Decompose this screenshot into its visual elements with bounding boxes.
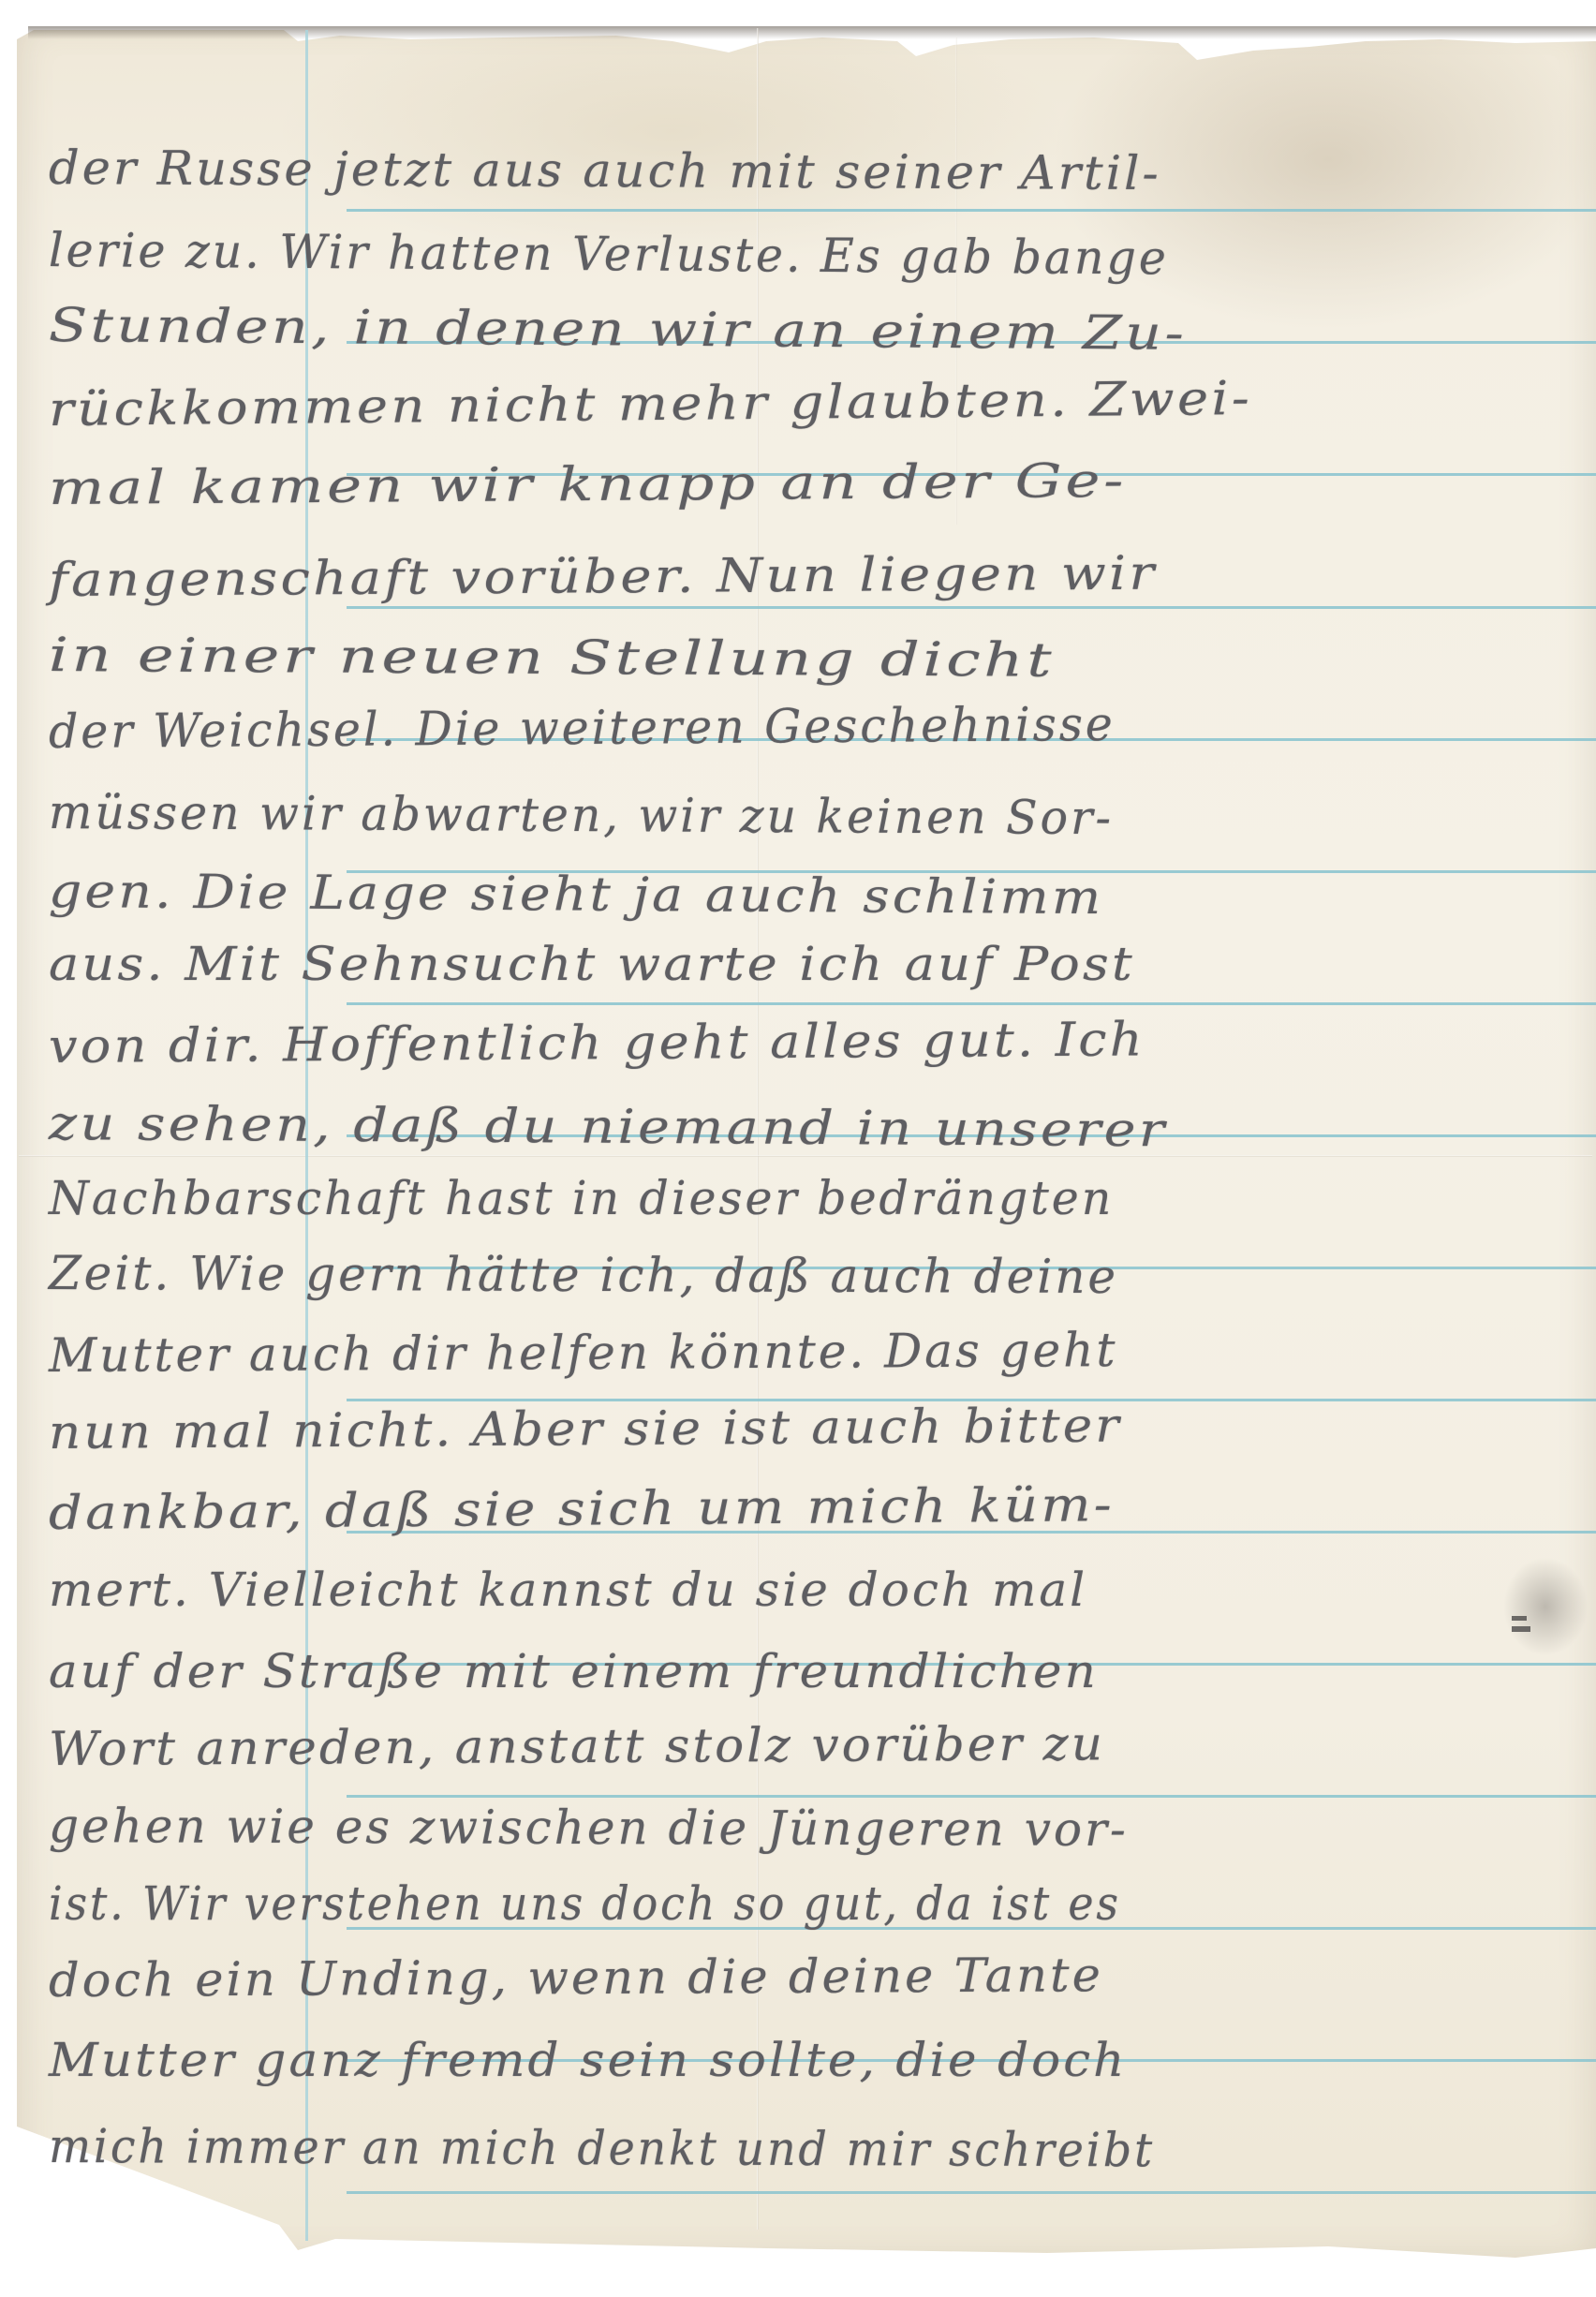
text-line: rückkommen nicht mehr glaubten. Zwei-	[49, 371, 1253, 437]
ruled-line	[347, 1002, 1596, 1005]
text-line: nun mal nicht. Aber sie ist auch bitter	[49, 1398, 1122, 1460]
ruled-line	[347, 606, 1596, 609]
ruled-line	[347, 2191, 1596, 2194]
text-line: der Weichsel. Die weiteren Geschehnisse	[49, 697, 1116, 759]
text-line: aus. Mit Sehnsucht warte ich auf Post	[49, 937, 1135, 991]
text-line: dankbar, daß sie sich um mich küm-	[49, 1477, 1116, 1540]
text-line: Mutter auch dir helfen könnte. Das geht	[49, 1323, 1118, 1383]
ruled-line	[347, 1795, 1596, 1798]
text-line: gen. Die Lage sieht ja auch schlimm	[49, 864, 1104, 925]
text-line: Wort anreden, anstatt stolz vorüber zu	[49, 1716, 1105, 1776]
text-line: Mutter ganz fremd sein sollte, die doch	[49, 2033, 1127, 2087]
paper-fold-horizontal	[19, 1155, 1592, 1157]
text-line: auf der Straße mit einem freundlichen	[49, 1644, 1099, 1698]
text-line: doch ein Unding, wenn die deine Tante	[49, 1948, 1103, 2008]
stain-mark	[1512, 1616, 1532, 1633]
text-line: mert. Vielleicht kannst du sie doch mal	[49, 1563, 1087, 1617]
text-line: zu sehen, daß du niemand in unserer	[49, 1096, 1168, 1157]
text-line: Zeit. Wie gern hätte ich, daß auch deine	[49, 1246, 1118, 1304]
text-line: mich immer an mich denkt und mir schreib…	[49, 2119, 1155, 2177]
text-line: müssen wir abwarten, wir zu keinen Sor-	[49, 785, 1114, 845]
ruled-line	[347, 209, 1596, 212]
text-line: ist. Wir verstehen uns doch so gut, da i…	[49, 1876, 1121, 1931]
text-line: gehen wie es zwischen die Jüngeren vor-	[49, 1799, 1129, 1857]
text-line: in einer neuen Stellung dicht	[49, 628, 1056, 688]
text-line: Stunden, in denen wir an einem Zu-	[49, 298, 1188, 361]
text-line: der Russe jetzt aus auch mit seiner Arti…	[49, 141, 1161, 200]
text-line: von dir. Hoffentlich geht alles gut. Ich	[49, 1012, 1145, 1074]
text-line: lerie zu. Wir hatten Verluste. Es gab ba…	[49, 223, 1169, 286]
text-line: mal kamen wir knapp an der Ge-	[49, 453, 1128, 515]
text-line: fangenschaft vorüber. Nun liegen wir	[49, 546, 1158, 607]
text-line: Nachbarschaft hast in dieser bedrängten	[49, 1171, 1114, 1225]
